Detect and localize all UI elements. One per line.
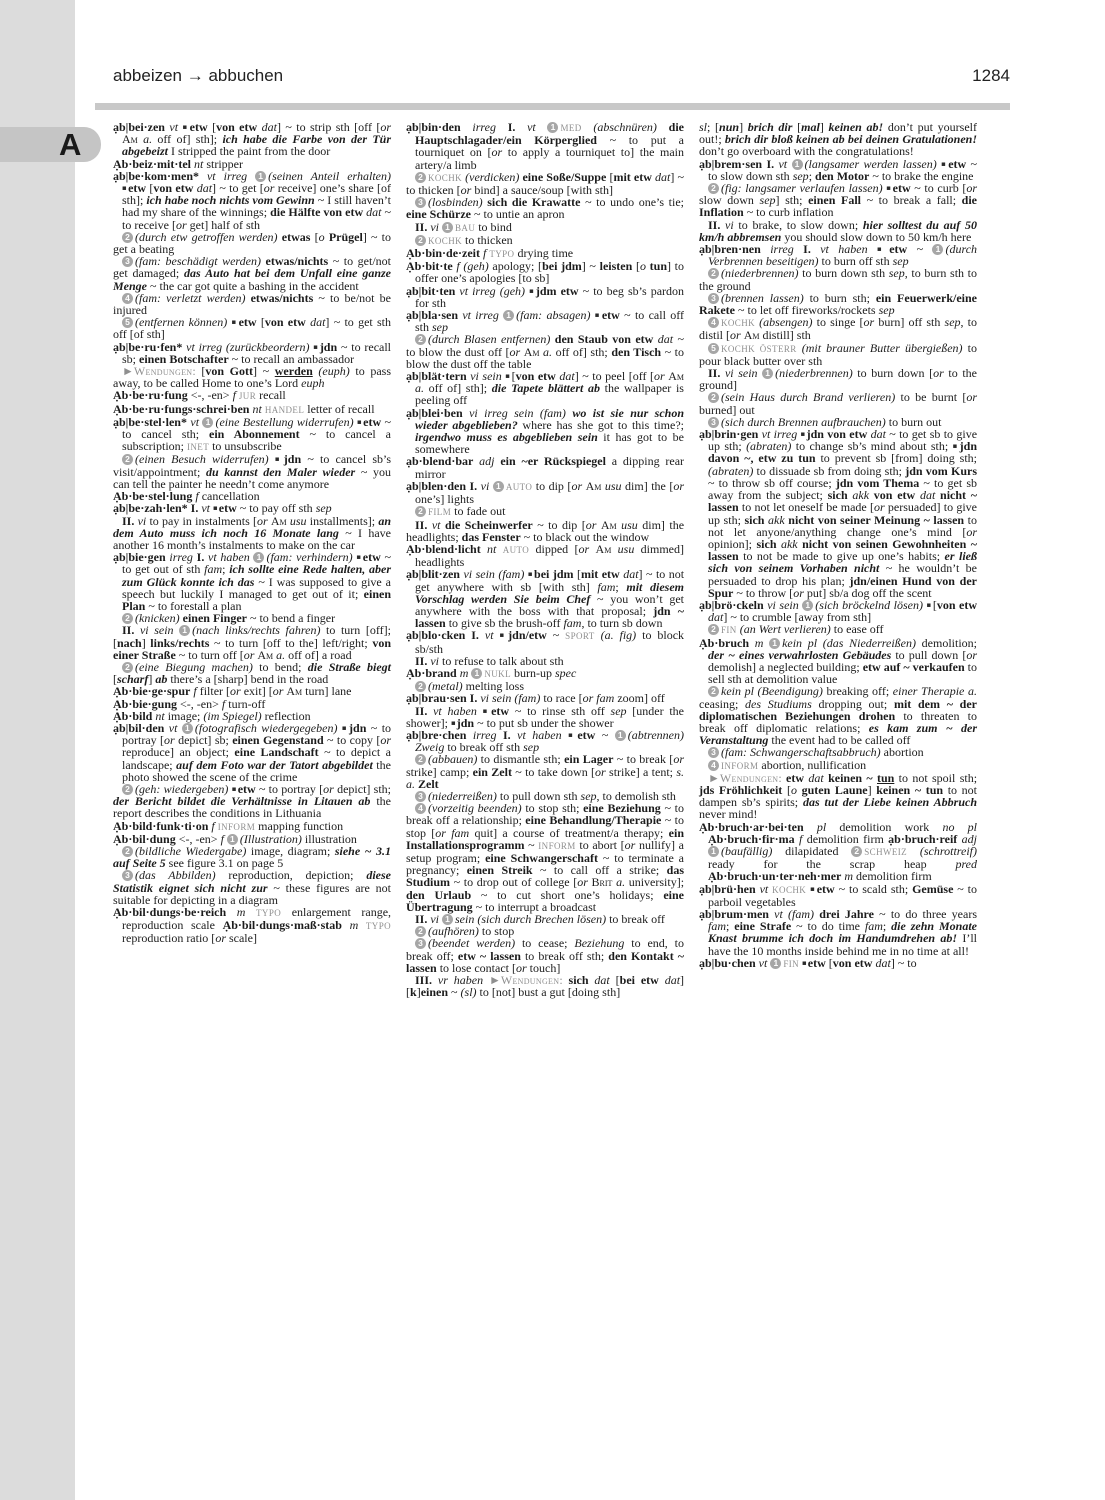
- entry-paragraph: 3(losbinden) sich die Krawatte ~ to undo…: [406, 196, 684, 220]
- entry-paragraph: ạb|brum·men vt (fam) drei Jahre ~ to do …: [699, 908, 977, 957]
- entry-paragraph: 2(eine Biegung machen) to bend; die Stra…: [113, 661, 391, 685]
- entry-paragraph: ạb|bla·sen vt irreg 1(fam: absagen) ▪etw…: [406, 309, 684, 333]
- page-edge-strip: [0, 0, 75, 1500]
- entry-paragraph: ạb|bu·chen vt 1FIN ▪etw [von etw dat] ~ …: [699, 957, 977, 970]
- entry-paragraph: 5KOCHK ÖSTERR (mit brauner Butter übergi…: [699, 342, 977, 367]
- entry-paragraph: ạb|bie·gen irreg I. vt haben 1(fam: verh…: [113, 551, 391, 612]
- entry-paragraph: ạb|blo·cken I. vt ▪jdn/etw ~ SPORT (a. f…: [406, 629, 684, 654]
- entry-paragraph: 2(durch etw getroffen werden) etwas [o P…: [113, 231, 391, 255]
- entry-paragraph: Ạb·bruch m 1kein pl (das Niederreißen) d…: [699, 637, 977, 686]
- entry-paragraph: II. vi to pay in instalments [or Am usu …: [113, 515, 391, 552]
- entry-paragraph: ạb|blen·den I. vi 1AUTO to dip [or Am us…: [406, 480, 684, 505]
- entry-paragraph: II. vt die Scheinwerfer ~ to dip [or Am …: [406, 519, 684, 543]
- entry-paragraph: 4(fam: verletzt werden) etwas/nichts ~ t…: [113, 292, 391, 316]
- entry-paragraph: II. vt haben ▪etw ~ to rinse sth off sep…: [406, 705, 684, 729]
- entry-paragraph: II. vi 1BAU to bind: [406, 221, 684, 234]
- entry-paragraph: ạb|be·zah·len* I. vt ▪etw ~ to pay off s…: [113, 502, 391, 514]
- entry-paragraph: 2(einen Besuch widerrufen) ▪jdn ~ to can…: [113, 453, 391, 490]
- entry-paragraph: 5(entfernen können) ▪etw [von etw dat] ~…: [113, 316, 391, 340]
- dictionary-columns: ạb|bei·zen vt ▪etw [von etw dat] ~ to st…: [113, 121, 977, 998]
- entry-paragraph: ạb|bin·den irreg I. vt 1MED (abschnüren)…: [406, 121, 684, 171]
- column-2: ạb|bin·den irreg I. vt 1MED (abschnüren)…: [406, 121, 684, 998]
- entry-paragraph: 4(vorzeitig beenden) to stop sth; eine B…: [406, 802, 684, 913]
- entry-paragraph: 2(fig: langsamer verlaufen lassen) ▪etw …: [699, 182, 977, 219]
- column-3: sl; [nun] brich dir [mal] keinen ab! don…: [699, 121, 977, 998]
- entry-paragraph: 4KOCHK (absengen) to singe [or burn] off…: [699, 316, 977, 341]
- dictionary-page: { "header": { "title": "abbeizen → abbuc…: [0, 0, 1105, 1500]
- entry-paragraph: III. vr haben ►Wendungen: sich dat [bei …: [406, 974, 684, 998]
- entry-paragraph: ạb|blit·zen vi sein (fam) ▪bei jdm [mit …: [406, 568, 684, 629]
- column-1: ạb|bei·zen vt ▪etw [von etw dat] ~ to st…: [113, 121, 391, 998]
- entry-paragraph: 3(fam: beschädigt werden) etwas/nichts ~…: [113, 255, 391, 292]
- page-number: 1284: [972, 66, 1010, 86]
- entry-paragraph: II. vi to brake, to slow down; hier soll…: [699, 219, 977, 243]
- entry-paragraph: ạb|brö·ckeln vi sein 1(sich bröckelnd lö…: [699, 599, 977, 623]
- running-head: abbeizen → abbuchen: [113, 66, 283, 86]
- entry-paragraph: 2kein pl (Beendigung) breaking off; eine…: [699, 685, 977, 746]
- entry-paragraph: ạb|be·stel·len* vt 1(eine Bestellung wid…: [113, 416, 391, 454]
- entry-paragraph: II. vi sein 1(nach links/rechts fahren) …: [113, 624, 391, 661]
- entry-paragraph: ạb|bil·den vt 1(fotografisch wiedergegeb…: [113, 722, 391, 783]
- entry-paragraph: 2(geh: wiedergeben) ▪etw ~ to portray [o…: [113, 783, 391, 820]
- entry-paragraph: 3(beendet werden) to cease; Beziehung to…: [406, 937, 684, 974]
- entry-paragraph: 2(durch Blasen entfernen) den Staub von …: [406, 333, 684, 370]
- entry-paragraph: 3(brennen lassen) to burn sth; ein Feuer…: [699, 292, 977, 316]
- entry-paragraph: 2(niederbrennen) to burn down sth sep, t…: [699, 267, 977, 291]
- entry-paragraph: Ạb·bit·te f (geh) apology; [bei jdm] ~ l…: [406, 260, 684, 284]
- entry-paragraph: Ạb·bruch·ar·bei·ten pl demolition work n…: [699, 821, 977, 883]
- entry-paragraph: sl; [nun] brich dir [mal] keinen ab! don…: [699, 121, 977, 158]
- entry-paragraph: ạb|blei·ben vi irreg sein (fam) wo ist s…: [406, 407, 684, 456]
- entry-paragraph: ạb|bre·chen irreg I. vt haben ▪etw ~ 1(a…: [406, 729, 684, 753]
- entry-paragraph: ạb|blät·tern vi sein ▪[von etw dat] ~ to…: [406, 370, 684, 407]
- entry-paragraph: ạb|be·ru·fen* vt irreg (zurückbeordern) …: [113, 341, 391, 365]
- entry-paragraph: ạb|be·kom·men* vt irreg 1(seinen Anteil …: [113, 170, 391, 231]
- entry-paragraph: 2(sein Haus durch Brand verlieren) to be…: [699, 391, 977, 415]
- entry-paragraph: ạb|bit·ten vt irreg (geh) ▪jdm etw ~ to …: [406, 285, 684, 309]
- entry-paragraph: ►Wendungen: etw dat keinen ~ tun to not …: [699, 772, 977, 821]
- entry-paragraph: 2KOCHK (verdicken) eine Soße/Suppe [mit …: [406, 171, 684, 196]
- entry-paragraph: ạb|bei·zen vt ▪etw [von etw dat] ~ to st…: [113, 121, 391, 158]
- entry-paragraph: Ạb·blend·licht nt AUTO dipped [or Am usu…: [406, 543, 684, 568]
- thumb-tab-letter: A: [59, 127, 81, 162]
- entry-paragraph: ạb·blend·bar adj ein ~er Rückspiegel a d…: [406, 455, 684, 479]
- entry-paragraph: II. vi sein 1(niederbrennen) to burn dow…: [699, 367, 977, 391]
- thumb-tab-a: A: [0, 127, 101, 162]
- entry-paragraph: 3(das Abbilden) reproduction, depiction;…: [113, 869, 391, 906]
- entry-paragraph: ạb|brem·sen I. vt 1(langsamer werden las…: [699, 158, 977, 182]
- entry-paragraph: Ạb·bil·dungs·be·reich m TYPO enlargement…: [113, 906, 391, 945]
- entry-paragraph: ạb|bren·nen irreg I. vt haben ▪etw ~ 1(d…: [699, 243, 977, 267]
- entry-paragraph: ạb|brü·hen vt KOCHK ▪etw ~ to scald sth;…: [699, 883, 977, 908]
- entry-paragraph: 3(fam: Schwangerschaftsabbruch) abortion: [699, 746, 977, 758]
- header-rule: [95, 103, 1010, 110]
- entry-paragraph: ạb|brin·gen vt irreg ▪jdn von etw dat ~ …: [699, 428, 977, 599]
- entry-paragraph: 2(abbauen) to dismantle sth; ein Lager ~…: [406, 753, 684, 790]
- entry-paragraph: 2(bildliche Wiedergabe) image, diagram; …: [113, 845, 391, 869]
- entry-paragraph: ►Wendungen: [von Gott] ~ werden (euph) t…: [113, 365, 391, 389]
